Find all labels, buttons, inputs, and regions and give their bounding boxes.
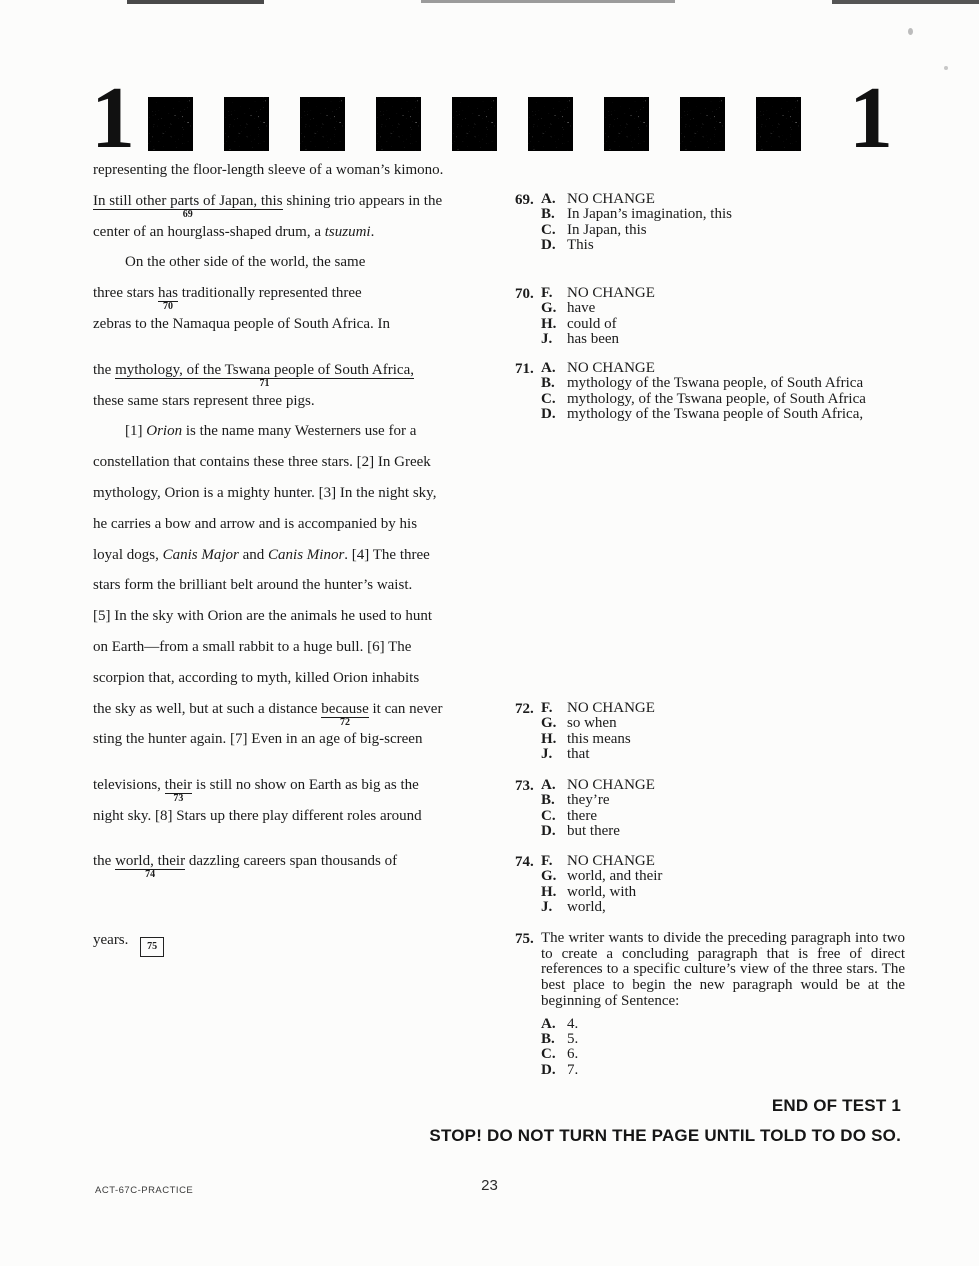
option-letter: D. — [541, 407, 567, 422]
option-letter: H. — [541, 732, 567, 747]
passage-text: dazzling careers span thousands of — [185, 853, 397, 869]
passage-text: traditionally represented three — [178, 285, 362, 301]
halftone-square — [756, 97, 801, 151]
scan-artifact — [127, 0, 264, 4]
scanned-test-page: 1 1 representing the floor-length sleeve… — [0, 0, 979, 1266]
passage-text: sting the hunter again. [7] Even in an a… — [93, 731, 422, 747]
passage-line: these same stars represent three pigs. — [93, 386, 493, 417]
scan-artifact — [908, 28, 913, 35]
question-74: 74.F.NO CHANGEG.world, and theirH.world,… — [515, 854, 919, 916]
passage-text: center of an hourglass-shaped drum, a — [93, 224, 325, 240]
option-text: have — [567, 300, 595, 316]
option-text: NO CHANGE — [567, 285, 655, 301]
passage-line: [5] In the sky with Orion are the animal… — [93, 601, 493, 632]
halftone-square — [224, 97, 269, 151]
question-number: 70. — [515, 286, 534, 303]
passage-text: and — [239, 547, 268, 563]
passage-line: televisions, their73 is still no show on… — [93, 770, 493, 801]
passage-line: [1] Orion is the name many Westerners us… — [93, 416, 493, 447]
answer-option-A: A.NO CHANGE — [541, 361, 919, 376]
answer-option-J: J.that — [541, 747, 919, 762]
underlined-phrase: mythology, of the Tswana people of South… — [115, 362, 414, 379]
question-75: 75.The writer wants to divide the preced… — [515, 931, 919, 1078]
option-letter: D. — [541, 824, 567, 839]
passage: representing the floor-length sleeve of … — [93, 155, 493, 957]
passage-text: Orion — [146, 423, 182, 439]
option-letter: J. — [541, 332, 567, 347]
passage-text: . [4] The three — [344, 547, 430, 563]
underline-ref-number: 70 — [163, 301, 173, 312]
answer-option-D: D.mythology of the Tswana people of Sout… — [541, 407, 919, 422]
scan-artifact — [832, 0, 979, 4]
option-text: has been — [567, 331, 619, 347]
passage-text: tsuzumi — [325, 224, 371, 240]
option-letter: A. — [541, 192, 567, 207]
passage-line: stars form the brilliant belt around the… — [93, 570, 493, 601]
underlined-phrase: because72 — [321, 701, 368, 718]
option-letter: C. — [541, 223, 567, 238]
answer-option-F: F.NO CHANGE — [541, 286, 919, 301]
answer-option-B: B.In Japan’s imagination, this — [541, 207, 919, 222]
option-letter: A. — [541, 778, 567, 793]
option-letter: C. — [541, 1047, 567, 1062]
option-letter: B. — [541, 793, 567, 808]
option-text: could of — [567, 316, 617, 332]
passage-text: is still no show on Earth as big as the — [192, 777, 419, 793]
passage-line: the world, their74 dazzling careers span… — [93, 846, 493, 877]
question-73: 73.A.NO CHANGEB.they’reC.thereD.but ther… — [515, 778, 919, 840]
option-text: world, — [567, 899, 606, 915]
question-72: 72.F.NO CHANGEG.so whenH.this meansJ.tha… — [515, 701, 919, 763]
answer-option-C: C.there — [541, 809, 919, 824]
passage-line: night sky. [8] Stars up there play diffe… — [93, 801, 493, 832]
option-letter: A. — [541, 361, 567, 376]
option-letter: B. — [541, 207, 567, 222]
option-text: NO CHANGE — [567, 360, 655, 376]
option-text: NO CHANGE — [567, 777, 655, 793]
option-letter: G. — [541, 301, 567, 316]
passage-text: mythology, Orion is a mighty hunter. [3]… — [93, 485, 436, 501]
answer-option-A: A.NO CHANGE — [541, 192, 919, 207]
answer-option-B: B.they’re — [541, 793, 919, 808]
passage-line: representing the floor-length sleeve of … — [93, 155, 493, 186]
question-number: 69. — [515, 192, 534, 209]
stop-instruction: STOP! DO NOT TURN THE PAGE UNTIL TOLD TO… — [429, 1126, 901, 1146]
passage-text: televisions, — [93, 777, 165, 793]
option-letter: B. — [541, 376, 567, 391]
passage-line: scorpion that, according to myth, killed… — [93, 663, 493, 694]
passage-text: it can never — [369, 701, 443, 717]
passage-line: years. 75 — [93, 925, 493, 957]
option-text: mythology of the Tswana people of South … — [567, 406, 863, 422]
scan-artifact — [944, 66, 948, 70]
passage-text: representing the floor-length sleeve of … — [93, 162, 443, 178]
passage-text: . — [371, 224, 375, 240]
question-70: 70.F.NO CHANGEG.haveH.could ofJ.has been — [515, 286, 919, 348]
passage-text: these same stars represent three pigs. — [93, 393, 315, 409]
option-text: they’re — [567, 792, 609, 808]
passage-text: Canis Major — [163, 547, 239, 563]
option-text: NO CHANGE — [567, 853, 655, 869]
passage-text: the — [93, 853, 115, 869]
passage-line: On the other side of the world, the same — [93, 247, 493, 278]
passage-text: three stars — [93, 285, 158, 301]
answer-option-G: G.have — [541, 301, 919, 316]
option-text: there — [567, 808, 597, 824]
option-text: mythology, of the Tswana people, of Sout… — [567, 391, 866, 407]
option-text: This — [567, 237, 594, 253]
option-text: In Japan, this — [567, 222, 647, 238]
option-letter: G. — [541, 716, 567, 731]
option-letter: J. — [541, 900, 567, 915]
option-text: NO CHANGE — [567, 191, 655, 207]
option-text: 4. — [567, 1016, 578, 1032]
option-letter: F. — [541, 854, 567, 869]
answer-option-G: G.world, and their — [541, 869, 919, 884]
option-letter: B. — [541, 1032, 567, 1047]
halftone-square — [148, 97, 193, 151]
option-letter: D. — [541, 238, 567, 253]
option-text: so when — [567, 715, 617, 731]
question-number: 75. — [515, 931, 534, 948]
question-71: 71.A.NO CHANGEB.mythology of the Tswana … — [515, 361, 919, 423]
answer-option-H: H.could of — [541, 317, 919, 332]
passage-line: the mythology, of the Tswana people of S… — [93, 355, 493, 386]
option-letter: F. — [541, 701, 567, 716]
halftone-square — [452, 97, 497, 151]
underlined-phrase: has70 — [158, 285, 178, 302]
underline-ref-number: 72 — [340, 717, 350, 728]
question-number: 74. — [515, 854, 534, 871]
passage-text: loyal dogs, — [93, 547, 163, 563]
passage-text: shining trio appears in the — [283, 193, 443, 209]
scan-artifact — [421, 0, 675, 3]
question-number: 72. — [515, 701, 534, 718]
underlined-phrase: world, their74 — [115, 853, 185, 870]
option-text: 6. — [567, 1046, 578, 1062]
option-text: world, with — [567, 884, 636, 900]
question-stem: The writer wants to divide the preceding… — [541, 931, 905, 1010]
test-number-right: 1 — [849, 86, 893, 152]
question-number: 71. — [515, 361, 534, 378]
passage-text: scorpion that, according to myth, killed… — [93, 670, 419, 686]
passage-text: stars form the brilliant belt around the… — [93, 577, 412, 593]
question-number: 73. — [515, 778, 534, 795]
passage-text: he carries a bow and arrow and is accomp… — [93, 516, 417, 532]
answer-option-D: D.7. — [541, 1063, 919, 1078]
question-69: 69.A.NO CHANGEB.In Japan’s imagination, … — [515, 192, 919, 254]
option-text: NO CHANGE — [567, 700, 655, 716]
passage-line: constellation that contains these three … — [93, 447, 493, 478]
passage-text: years. — [93, 932, 132, 948]
underline-ref-number: 69 — [183, 209, 193, 220]
passage-line: In still other parts of Japan, this69 sh… — [93, 186, 493, 217]
option-letter: D. — [541, 1063, 567, 1078]
answer-option-B: B.5. — [541, 1032, 919, 1047]
passage-line: he carries a bow and arrow and is accomp… — [93, 509, 493, 540]
passage-line: zebras to the Namaqua people of South Af… — [93, 309, 493, 340]
underline-ref-number: 74 — [145, 869, 155, 880]
answer-option-F: F.NO CHANGE — [541, 854, 919, 869]
option-letter: J. — [541, 747, 567, 762]
page-number: 23 — [0, 1177, 979, 1194]
answer-option-J: J.world, — [541, 900, 919, 915]
answer-option-F: F.NO CHANGE — [541, 701, 919, 716]
answer-option-D: D.This — [541, 238, 919, 253]
passage-line: the sky as well, but at such a distance … — [93, 694, 493, 725]
passage-text: the — [93, 362, 115, 378]
option-text: this means — [567, 731, 631, 747]
answer-option-B: B.mythology of the Tswana people, of Sou… — [541, 376, 919, 391]
halftone-square — [528, 97, 573, 151]
passage-line: loyal dogs, Canis Major and Canis Minor.… — [93, 540, 493, 571]
passage-text: [1] — [125, 423, 146, 439]
end-of-test-label: END OF TEST 1 — [772, 1096, 901, 1116]
option-letter: H. — [541, 885, 567, 900]
passage-text: is the name many Westerners use for a — [182, 423, 416, 439]
halftone-square — [604, 97, 649, 151]
passage-line: on Earth—from a small rabbit to a huge b… — [93, 632, 493, 663]
passage-text: Canis Minor — [268, 547, 344, 563]
halftone-square — [300, 97, 345, 151]
underline-ref-number: 71 — [260, 378, 270, 389]
passage-line: center of an hourglass-shaped drum, a ts… — [93, 217, 493, 248]
option-letter: C. — [541, 809, 567, 824]
option-text: world, and their — [567, 868, 662, 884]
halftone-square — [680, 97, 725, 151]
answer-option-C: C.6. — [541, 1047, 919, 1062]
option-letter: C. — [541, 392, 567, 407]
passage-text: [5] In the sky with Orion are the animal… — [93, 608, 432, 624]
option-text: 5. — [567, 1031, 578, 1047]
option-text: In Japan’s imagination, this — [567, 206, 732, 222]
answer-option-G: G.so when — [541, 716, 919, 731]
answer-option-H: H.world, with — [541, 885, 919, 900]
option-letter: F. — [541, 286, 567, 301]
option-text: mythology of the Tswana people, of South… — [567, 375, 863, 391]
test-number-left: 1 — [91, 86, 135, 152]
answer-option-A: A.4. — [541, 1017, 919, 1032]
option-letter: G. — [541, 869, 567, 884]
answer-option-H: H.this means — [541, 732, 919, 747]
option-text: 7. — [567, 1062, 578, 1078]
passage-text: on Earth—from a small rabbit to a huge b… — [93, 639, 411, 655]
passage-text: night sky. [8] Stars up there play diffe… — [93, 808, 422, 824]
passage-line: sting the hunter again. [7] Even in an a… — [93, 724, 493, 755]
answer-option-C: C.In Japan, this — [541, 223, 919, 238]
option-letter: H. — [541, 317, 567, 332]
passage-text: the sky as well, but at such a distance — [93, 701, 321, 717]
option-text: but there — [567, 823, 620, 839]
passage-line: three stars has70 traditionally represen… — [93, 278, 493, 309]
answer-option-A: A.NO CHANGE — [541, 778, 919, 793]
underline-ref-number: 73 — [173, 793, 183, 804]
option-text: that — [567, 746, 590, 762]
passage-text: On the other side of the world, the same — [125, 254, 365, 270]
option-letter: A. — [541, 1017, 567, 1032]
answer-option-J: J.has been — [541, 332, 919, 347]
passage-text: zebras to the Namaqua people of South Af… — [93, 316, 390, 332]
halftone-square — [376, 97, 421, 151]
answer-option-D: D.but there — [541, 824, 919, 839]
answer-option-C: C.mythology, of the Tswana people, of So… — [541, 392, 919, 407]
passage-text: constellation that contains these three … — [93, 454, 431, 470]
underlined-phrase: their73 — [165, 777, 193, 794]
passage-line: mythology, Orion is a mighty hunter. [3]… — [93, 478, 493, 509]
underlined-phrase: In still other parts of Japan, this69 — [93, 193, 283, 210]
boxed-question-number: 75 — [140, 937, 164, 957]
